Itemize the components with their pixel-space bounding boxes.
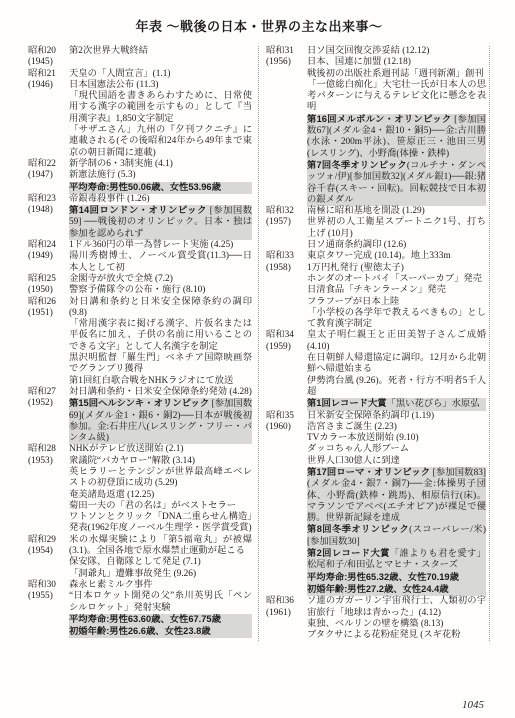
- year-text: (1957): [266, 217, 307, 228]
- event-title-bold: 平均寿命:男性50.06歳、女性53.96歳: [69, 182, 221, 192]
- event-item: “日本ロケット開発の父”糸川英男氏「ペンシルロケット」発射実験: [69, 591, 252, 614]
- year-text: (1948): [28, 205, 69, 216]
- year-entry: 昭和25 (1950) 金閣寺が放火で全焼 (7.2)警察予備隊令の公布・施行 …: [28, 274, 252, 297]
- year-entry: 昭和33 (1958) 東京タワー完成 (10.14)。地上333m1万円札発行…: [266, 251, 486, 330]
- event-item: 英ヒラリーとテンジンが世界最高峰エベレストの初登頂に成功 (5.29): [69, 467, 252, 490]
- year-text: (1949): [28, 251, 69, 262]
- event-item: 浩宮さまご誕生 (2.23): [307, 422, 486, 433]
- year-text: (1960): [266, 422, 307, 433]
- event-item: 在日朝鮮人帰還協定に調印。12月から北朝鮮へ帰還始まる: [307, 353, 486, 376]
- year-text: (1955): [28, 591, 69, 602]
- year-label: 昭和30 (1955): [28, 580, 69, 638]
- event-title-bold: 第17回ローマ・オリンピック: [307, 467, 430, 477]
- event-item: ソ連のガガーリン宇宙飛行士、人類初の宇宙旅行「地球は青かった」(4.12): [307, 596, 486, 619]
- event-item: 日本国憲法公布 (11.3): [69, 80, 252, 91]
- year-label: 昭和35 (1960): [266, 411, 307, 597]
- event-list: 対日講和条約と日米安全保障条約の調印 (9.8)「常用漢字表に掲げる漢字、片仮名…: [69, 297, 252, 387]
- event-title-bold: 第16回メルボルン・オリンピック: [307, 114, 451, 124]
- era-text: 昭和24: [28, 240, 69, 251]
- event-item: 帝銀毒殺事件 (1.26): [69, 194, 252, 205]
- event-title-bold: 第8回冬季オリンピック: [307, 524, 409, 534]
- event-item: 南極に昭和基地を開設 (1.29): [307, 206, 486, 217]
- event-item: 日米新安全保障条約調印 (1.19): [307, 411, 486, 422]
- event-item: 「一億総白痴化」大宅壮一氏が日本人の思考パターンに与えるテレビ文化に懸念を表明: [307, 80, 486, 114]
- event-list: ソ連のガガーリン宇宙飛行士、人類初の宇宙旅行「地球は青かった」(4.12)東独、…: [307, 596, 486, 641]
- timeline-column-left: 昭和20 (1945) 第2次世界大戦終結 昭和21 (1946) 天皇の「人間…: [28, 46, 259, 641]
- era-text: 昭和35: [266, 411, 307, 422]
- year-entry: 昭和31 (1956) 日ソ国交回復交渉妥結 (12.12)日本、国連に加盟 (…: [266, 46, 486, 206]
- event-list: 日ソ国交回復交渉妥結 (12.12)日本、国連に加盟 (12.18)戦後初の出版…: [307, 46, 486, 206]
- era-text: 昭和26: [28, 297, 69, 308]
- event-list: 第2次世界大戦終結: [69, 46, 252, 69]
- event-item: 「現代国語を書きあらわすために、日常使用する漢字の範囲を示すもの」として『当用漢…: [69, 91, 252, 125]
- event-item: 1ドル360円の単一為替レート実施 (4.25): [69, 240, 252, 251]
- year-entry: 昭和30 (1955) 森永ヒ素ミルク事件“日本ロケット開発の父”糸川英男氏「ペ…: [28, 580, 252, 638]
- event-item: 黒沢明監督「羅生門」ベネチア国際映画祭でグランプリ獲得: [69, 353, 252, 376]
- event-item: 世界人口30億人に到達: [307, 456, 486, 467]
- year-label: 昭和32 (1957): [266, 206, 307, 251]
- era-text: 昭和31: [266, 46, 307, 57]
- event-item: 皇太子明仁親王と正田美智子さんご成婚 (4.10): [307, 330, 486, 353]
- event-item: 第17回ローマ・オリンピック [参加国数83](メダル金4・銀7・銅7)──金:…: [307, 467, 486, 524]
- event-list: 1ドル360円の単一為替レート実施 (4.25)湯川秀樹博士、ノーベル賞受賞(1…: [69, 240, 252, 274]
- event-list: 皇太子明仁親王と正田美智子さんご成婚 (4.10)在日朝鮮人帰還協定に調印。12…: [307, 330, 486, 410]
- year-label: 昭和27 (1952): [28, 387, 69, 444]
- event-item: 「サザエさん」九州の『夕刊フクニチ』に連載される(その後昭和24年から49年まで…: [69, 125, 252, 159]
- year-entry: 昭和21 (1946) 天皇の「人間宣言」(1.1)日本国憲法公布 (11.3)…: [28, 69, 252, 159]
- event-item: 東京タワー完成 (10.14)。地上333m: [307, 251, 486, 262]
- year-label: 昭和26 (1951): [28, 297, 69, 387]
- era-text: 昭和34: [266, 330, 307, 341]
- year-label: 昭和22 (1947): [28, 159, 69, 194]
- event-item: 第8回冬季オリンピック(スコーバレー/米)[参加国数30]: [307, 524, 486, 548]
- event-item: 第2回レコード大賞「誰よりも君を愛す」松尾和子/和田弘とマヒナ・スターズ: [307, 548, 486, 572]
- year-label: 昭和31 (1956): [266, 46, 307, 206]
- year-entry: 昭和20 (1945) 第2次世界大戦終結: [28, 46, 252, 69]
- event-list: 新学制の6・3制実施 (4.1)新憲法施行 (5.3)平均寿命:男性50.06歳…: [69, 159, 252, 194]
- year-text: (1954): [28, 546, 69, 557]
- year-text: (1947): [28, 170, 69, 181]
- event-item: 天皇の「人間宣言」(1.1): [69, 69, 252, 80]
- event-list: 森永ヒ素ミルク事件“日本ロケット開発の父”糸川英男氏「ペンシルロケット」発射実験…: [69, 580, 252, 638]
- event-list: 帝銀毒殺事件 (1.26)第14回ロンドン・オリンピック [参加国数59] ──…: [69, 194, 252, 240]
- era-text: 昭和22: [28, 159, 69, 170]
- event-list: 日米新安全保障条約調印 (1.19)浩宮さまご誕生 (2.23)TVカラー本放送…: [307, 411, 486, 597]
- year-text: (1950): [28, 285, 69, 296]
- year-label: 昭和34 (1959): [266, 330, 307, 410]
- timeline-column-right: 昭和31 (1956) 日ソ国交回復交渉妥結 (12.12)日本、国連に加盟 (…: [259, 46, 490, 641]
- year-text: (1953): [28, 456, 69, 467]
- event-item: ダッコちゃん人形ブーム: [307, 444, 486, 455]
- event-list: 金閣寺が放火で全焼 (7.2)警察予備隊令の公布・施行 (8.10): [69, 274, 252, 297]
- year-label: 昭和36 (1961): [266, 596, 307, 641]
- event-item: 日ソ通商条約調印 (12.6): [307, 240, 486, 251]
- year-entry: 昭和32 (1957) 南極に昭和基地を開設 (1.29)世界初の人工衛星スプー…: [266, 206, 486, 251]
- event-item: 日本、国連に加盟 (12.18): [307, 57, 486, 68]
- document-page: 年表 〜戦後の日本・世界の主な出来事〜 昭和20 (1945) 第2次世界大戦終…: [0, 0, 515, 718]
- event-title-bold: 初婚年齢:男性27.2歳、女性24.4歳: [307, 584, 449, 594]
- year-entry: 昭和24 (1949) 1ドル360円の単一為替レート実施 (4.25)湯川秀樹…: [28, 240, 252, 274]
- event-item: 平均寿命:男性65.32歳、女性70.19歳: [307, 572, 486, 584]
- era-text: 昭和27: [28, 387, 69, 398]
- event-item: 第14回ロンドン・オリンピック [参加国数59] ──戦後初のオリンピック。日本…: [69, 205, 252, 240]
- year-label: 昭和23 (1948): [28, 194, 69, 240]
- era-text: 昭和23: [28, 194, 69, 205]
- event-item: 初婚年齢:男性26.6歳、女性23.8歳: [69, 626, 252, 638]
- year-text: (1951): [28, 308, 69, 319]
- event-item: 対日講和条約と日米安全保障条約の調印 (9.8): [69, 297, 252, 320]
- event-title-bold: 平均寿命:男性65.32歳、女性70.19歳: [307, 572, 459, 582]
- event-item: NHKがテレビ放送開始 (2.1): [69, 444, 252, 455]
- event-item: 菊田一夫の「君の名は」がベストセラー: [69, 501, 252, 512]
- year-entry: 昭和22 (1947) 新学制の6・3制実施 (4.1)新憲法施行 (5.3)平…: [28, 159, 252, 194]
- event-item: 奄美諸島返還 (12.25): [69, 490, 252, 501]
- event-item: 第16回メルボルン・オリンピック [参加国数67](メダル金4・銀10・銅5)─…: [307, 114, 486, 160]
- era-text: 昭和25: [28, 274, 69, 285]
- page-number: 1045: [462, 699, 484, 711]
- event-title-bold: 平均寿命:男性63.60歳、女性67.75歳: [69, 614, 221, 624]
- event-item: 日清食品「チキンラーメン」発売: [307, 285, 486, 296]
- event-item: ブタクサによる花粉症発見 (スギ花粉: [307, 630, 486, 641]
- event-item: 警察予備隊令の公布・施行 (8.10): [69, 285, 252, 296]
- event-title-bold: 第1回レコード大賞: [307, 398, 387, 408]
- year-text: (1958): [266, 263, 307, 274]
- era-text: 昭和28: [28, 444, 69, 455]
- event-item: 日ソ国交回復交渉妥結 (12.12): [307, 46, 486, 57]
- event-item: 第2次世界大戦終結: [69, 46, 252, 57]
- year-text: (1946): [28, 80, 69, 91]
- era-text: 昭和20: [28, 46, 69, 57]
- year-entry: 昭和28 (1953) NHKがテレビ放送開始 (2.1)衆議院“バカヤロー”解…: [28, 444, 252, 534]
- event-list: 米の水爆実験により「第5福竜丸」が被爆 (3.1)。全国各地で原水爆禁止運動が起…: [69, 535, 252, 580]
- event-item: 「洞爺丸」遭難事故発生 (9.26): [69, 569, 252, 580]
- year-entry: 昭和27 (1952) 対日講和条約・日米安全保障条約発効 (4.28)第15回…: [28, 387, 252, 444]
- event-item: 森永ヒ素ミルク事件: [69, 580, 252, 591]
- event-item: 第1回紅白歌合戦をNHKラジオにて放送: [69, 376, 252, 387]
- event-item: 戦後初の出版社系週刊誌「週刊新潮」創刊: [307, 69, 486, 80]
- event-item: ワトソンとクリック「DNA二重らせん構造」発表(1962年度ノーベル生理学・医学…: [69, 512, 252, 535]
- event-item: 保安隊、自衛隊として発足 (7.1): [69, 557, 252, 568]
- event-item: ホンダのオートバイ「スーパーカブ」発売: [307, 274, 486, 285]
- event-item: 新憲法施行 (5.3): [69, 170, 252, 181]
- year-text: (1959): [266, 342, 307, 353]
- year-label: 昭和29 (1954): [28, 535, 69, 580]
- year-entry: 昭和36 (1961) ソ連のガガーリン宇宙飛行士、人類初の宇宙旅行「地球は青か…: [266, 596, 486, 641]
- year-label: 昭和28 (1953): [28, 444, 69, 534]
- year-text: (1961): [266, 608, 307, 619]
- event-item: 初婚年齢:男性27.2歳、女性24.4歳: [307, 584, 486, 596]
- year-entry: 昭和35 (1960) 日米新安全保障条約調印 (1.19)浩宮さまご誕生 (2…: [266, 411, 486, 597]
- era-text: 昭和33: [266, 251, 307, 262]
- event-item: フラフープが日本上陸: [307, 297, 486, 308]
- event-title-bold: 第14回ロンドン・オリンピック: [69, 205, 207, 215]
- era-text: 昭和29: [28, 535, 69, 546]
- year-text: (1945): [28, 57, 69, 68]
- year-entry: 昭和26 (1951) 対日講和条約と日米安全保障条約の調印 (9.8)「常用漢…: [28, 297, 252, 387]
- event-title-bold: 第15回ヘルシンキ・オリンピック: [69, 398, 209, 408]
- event-list: 東京タワー完成 (10.14)。地上333m1万円札発行 (聖徳太子)ホンダのオ…: [307, 251, 486, 330]
- year-label: 昭和21 (1946): [28, 69, 69, 159]
- year-text: (1952): [28, 398, 69, 409]
- event-item: TVカラー本放送開始 (9.10): [307, 433, 486, 444]
- event-title-bold: 初婚年齢:男性26.6歳、女性23.8歳: [69, 626, 211, 636]
- event-item: 新学制の6・3制実施 (4.1): [69, 159, 252, 170]
- event-item: 対日講和条約・日米安全保障条約発効 (4.28): [69, 387, 252, 398]
- year-label: 昭和24 (1949): [28, 240, 69, 274]
- event-item: 「常用漢字表に掲げる漢字、片仮名または平仮名に加え、子供の名前に用いることのでき…: [69, 319, 252, 353]
- event-item: 「小学校の各学年で教えるべきもの」として教育漢字制定: [307, 308, 486, 331]
- year-label: 昭和33 (1958): [266, 251, 307, 330]
- page-title: 年表 〜戦後の日本・世界の主な出来事〜: [28, 16, 490, 35]
- event-item: 第1回レコード大賞「黒い花びら」水原弘: [307, 398, 486, 410]
- event-title-bold: 第2回レコード大賞: [307, 548, 390, 558]
- event-item: 衆議院“バカヤロー”解散 (3.14): [69, 456, 252, 467]
- year-entry: 昭和29 (1954) 米の水爆実験により「第5福竜丸」が被爆 (3.1)。全国…: [28, 535, 252, 580]
- era-text: 昭和30: [28, 580, 69, 591]
- event-item: 東独、ベルリンの壁を構築 (8.13): [307, 619, 486, 630]
- era-text: 昭和36: [266, 596, 307, 607]
- year-text: (1956): [266, 57, 307, 68]
- event-item: 米の水爆実験により「第5福竜丸」が被爆 (3.1)。全国各地で原水爆禁止運動が起…: [69, 535, 252, 558]
- event-item: 平均寿命:男性63.60歳、女性67.75歳: [69, 614, 252, 626]
- event-item: 1万円札発行 (聖徳太子): [307, 263, 486, 274]
- event-item: 第7回冬季オリンピック(コルチナ・ダンペッツォ/伊)[参加国数32](メダル銀1…: [307, 160, 486, 206]
- year-label: 昭和20 (1945): [28, 46, 69, 69]
- event-item: 平均寿命:男性50.06歳、女性53.96歳: [69, 182, 252, 194]
- event-item: 伊勢湾台風 (9.26)。死者・行方不明者5千人超: [307, 376, 486, 399]
- event-item: 第15回ヘルシンキ・オリンピック [参加国数69](メダル金1・銀6・銅2)──…: [69, 398, 252, 444]
- event-item: 湯川秀樹博士、ノーベル賞受賞(11.3)──日本人として初: [69, 251, 252, 274]
- event-item: 金閣寺が放火で全焼 (7.2): [69, 274, 252, 285]
- event-list: 天皇の「人間宣言」(1.1)日本国憲法公布 (11.3)「現代国語を書きあらわす…: [69, 69, 252, 159]
- year-entry: 昭和34 (1959) 皇太子明仁親王と正田美智子さんご成婚 (4.10)在日朝…: [266, 330, 486, 410]
- era-text: 昭和32: [266, 206, 307, 217]
- event-title-bold: 第7回冬季オリンピック: [307, 160, 407, 170]
- year-entry: 昭和23 (1948) 帝銀毒殺事件 (1.26)第14回ロンドン・オリンピック…: [28, 194, 252, 240]
- year-label: 昭和25 (1950): [28, 274, 69, 297]
- event-list: NHKがテレビ放送開始 (2.1)衆議院“バカヤロー”解散 (3.14)英ヒラリ…: [69, 444, 252, 534]
- era-text: 昭和21: [28, 69, 69, 80]
- timeline-columns: 昭和20 (1945) 第2次世界大戦終結 昭和21 (1946) 天皇の「人間…: [28, 46, 490, 641]
- event-list: 対日講和条約・日米安全保障条約発効 (4.28)第15回ヘルシンキ・オリンピック…: [69, 387, 252, 444]
- event-list: 南極に昭和基地を開設 (1.29)世界初の人工衛星スプートニク1号、打ち上げ (…: [307, 206, 486, 251]
- event-item: 世界初の人工衛星スプートニク1号、打ち上げ (10月): [307, 217, 486, 240]
